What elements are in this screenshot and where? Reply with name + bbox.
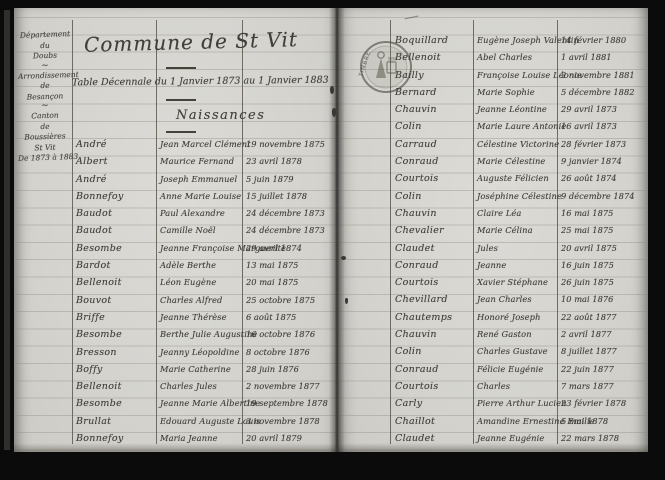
cell-surname: Chauvin <box>395 104 437 115</box>
cell-birth-date: 3 novembre 1878 <box>246 416 320 426</box>
cell-surname: Courtois <box>395 277 439 288</box>
cell-given-names: Marie Célina <box>477 225 533 235</box>
cell-surname: Chautemps <box>395 312 452 323</box>
table-row: André Jean Marcel Clément 19 novembre 18… <box>14 137 337 154</box>
cell-given-names: Léon Eugène <box>160 277 216 287</box>
cell-given-names: Jeanne Thérèse <box>160 312 227 322</box>
table-row: Bonnefoy Maria Jeanne 20 avril 1879 <box>14 431 337 448</box>
divider-dash <box>166 67 196 69</box>
cell-birth-date: 5 mai 1878 <box>561 416 608 426</box>
table-row: André Joseph Emmanuel 5 juin 1879 <box>14 172 337 189</box>
cell-birth-date: 20 avril 1879 <box>246 433 302 443</box>
cell-birth-date: 16 mai 1875 <box>561 208 613 218</box>
table-row: Colin Marie Laure Antonie 16 avril 1873 <box>337 119 648 136</box>
cell-surname: Albert <box>76 156 108 167</box>
cell-given-names: René Gaston <box>477 329 532 339</box>
table-row: Chevillard Jean Charles 10 mai 1876 <box>337 292 648 309</box>
table-row: Courtois Auguste Félicien 26 août 1874 <box>337 171 648 188</box>
table-row: Chautemps Honoré Joseph 22 août 1877 <box>337 310 648 327</box>
table-row: Bardot Adèle Berthe 13 mai 1875 <box>14 258 337 275</box>
cell-birth-date: 5 décembre 1882 <box>561 87 635 97</box>
table-row: Bailly Françoise Louise Léonie 2 novembr… <box>337 68 648 85</box>
ledger-page-right: TIMBRE Boquillard Eugène Joseph Valentin… <box>337 8 648 452</box>
cell-surname: Boffy <box>76 364 103 375</box>
cell-surname: Chauvin <box>395 208 437 219</box>
cell-birth-date: 24 décembre 1873 <box>246 208 325 218</box>
cell-given-names: Paul Alexandre <box>160 208 225 218</box>
section-title: Naissances <box>176 108 265 123</box>
cell-surname: Baudot <box>76 208 112 219</box>
cell-surname: Claudet <box>395 433 435 444</box>
table-row: Boquillard Eugène Joseph Valentin 14 fév… <box>337 33 648 50</box>
table-row: Claudet Jules 20 avril 1875 <box>337 241 648 258</box>
table-row: Conraud Marie Célestine 9 janvier 1874 <box>337 154 648 171</box>
cell-surname: Colin <box>395 191 422 202</box>
table-row: Bernard Marie Sophie 5 décembre 1882 <box>337 85 648 102</box>
cell-surname: Courtois <box>395 173 439 184</box>
cell-given-names: Marie Célestine <box>477 156 545 166</box>
table-row: Claudet Jeanne Eugénie 22 mars 1878 <box>337 431 648 448</box>
cell-birth-date: 22 juin 1877 <box>561 364 614 374</box>
cell-birth-date: 1 avril 1881 <box>561 52 612 62</box>
cell-birth-date: 24 décembre 1873 <box>246 225 325 235</box>
ink-speck <box>341 256 346 260</box>
cell-birth-date: 28 juin 1876 <box>246 364 299 374</box>
cell-given-names: Jeanne Léontine <box>477 104 547 114</box>
cell-given-names: Joséphine Célestine <box>477 191 562 201</box>
cell-birth-date: 9 janvier 1874 <box>561 156 622 166</box>
cell-birth-date: 26 août 1874 <box>561 173 617 183</box>
cell-birth-date: 22 août 1877 <box>561 312 617 322</box>
cell-surname: Chauvin <box>395 329 437 340</box>
cell-given-names: Jean Charles <box>477 294 532 304</box>
cell-given-names: Xavier Stéphane <box>477 277 548 287</box>
cell-surname: Carly <box>395 398 422 409</box>
registry-scan: DépartementduDoubs~ArrondissementdeBesan… <box>0 0 665 480</box>
ink-speck <box>332 108 336 117</box>
table-row: Chauvin Jeanne Léontine 29 avril 1873 <box>337 102 648 119</box>
cell-birth-date: 16 juin 1875 <box>561 260 614 270</box>
cell-surname: Bresson <box>76 347 117 358</box>
table-row: Albert Maurice Fernand 23 avril 1878 <box>14 154 337 171</box>
cell-surname: Claudet <box>395 243 435 254</box>
cell-birth-date: 14 février 1880 <box>561 35 626 45</box>
cell-birth-date: 19 novembre 1875 <box>246 139 325 149</box>
cell-birth-date: 2 novembre 1881 <box>561 70 635 80</box>
cell-surname: Bonnefoy <box>76 191 124 202</box>
cell-birth-date: 20 avril 1875 <box>561 243 617 253</box>
table-row: Courtois Xavier Stéphane 26 juin 1875 <box>337 275 648 292</box>
cell-given-names: Auguste Félicien <box>477 173 549 183</box>
cell-surname: Conraud <box>395 364 439 375</box>
cell-given-names: Jeanne Eugénie <box>477 433 544 443</box>
cell-surname: Briffe <box>76 312 105 323</box>
table-row: Besombe Berthe Julie Augustine 16 octobr… <box>14 327 337 344</box>
cell-birth-date: 13 mai 1875 <box>246 260 298 270</box>
cell-surname: Bailly <box>395 70 424 81</box>
cell-given-names: Célestine Victorine <box>477 139 559 149</box>
cell-given-names: Anne Marie Louise <box>160 191 241 201</box>
cell-given-names: Honoré Joseph <box>477 312 541 322</box>
cell-given-names: Jeanny Léopoldine <box>160 347 240 357</box>
cell-surname: Bouvot <box>76 295 112 306</box>
cell-surname: Boquillard <box>395 35 448 46</box>
cell-surname: Conraud <box>395 260 439 271</box>
cell-birth-date: 29 avril 1873 <box>561 104 617 114</box>
cell-surname: Bellenoit <box>395 52 441 63</box>
table-row: Brullat Edouard Auguste Louis 3 novembre… <box>14 414 337 431</box>
cell-surname: Colin <box>395 121 422 132</box>
cell-given-names: Charles Alfred <box>160 295 222 305</box>
table-row: Boffy Marie Catherine 28 juin 1876 <box>14 362 337 379</box>
cell-birth-date: 8 octobre 1876 <box>246 347 310 357</box>
table-row: Briffe Jeanne Thérèse 6 août 1875 <box>14 310 337 327</box>
cell-birth-date: 23 avril 1878 <box>246 156 302 166</box>
table-row: Bellenoit Charles Jules 2 novembre 1877 <box>14 379 337 396</box>
cell-birth-date: 2 novembre 1877 <box>246 381 320 391</box>
cell-given-names: Berthe Julie Augustine <box>160 329 257 339</box>
table-row: Conraud Félicie Eugénie 22 juin 1877 <box>337 362 648 379</box>
ink-speck <box>345 298 348 304</box>
cell-birth-date: 19 septembre 1878 <box>246 398 328 408</box>
cell-surname: Chaillot <box>395 416 435 427</box>
cell-birth-date: 9 décembre 1874 <box>561 191 635 201</box>
cell-given-names: Marie Sophie <box>477 87 535 97</box>
cell-birth-date: 25 octobre 1875 <box>246 295 315 305</box>
cell-given-names: Félicie Eugénie <box>477 364 543 374</box>
cell-surname: Bardot <box>76 260 111 271</box>
cell-surname: Besombe <box>76 243 122 254</box>
cell-birth-date: 10 mai 1876 <box>561 294 613 304</box>
table-row: Chauvin René Gaston 2 avril 1877 <box>337 327 648 344</box>
cell-given-names: Charles <box>477 381 510 391</box>
cell-birth-date: 5 juin 1879 <box>246 174 294 184</box>
table-row: Chevalier Marie Célina 25 mai 1875 <box>337 223 648 240</box>
cell-given-names: Marie Catherine <box>160 364 231 374</box>
cell-surname: Besombe <box>76 398 122 409</box>
table-row: Colin Joséphine Célestine 9 décembre 187… <box>337 189 648 206</box>
table-row: Conraud Jeanne 16 juin 1875 <box>337 258 648 275</box>
entries-right: Boquillard Eugène Joseph Valentin 14 fév… <box>337 33 648 448</box>
cell-given-names: Charles Jules <box>160 381 217 391</box>
cell-surname: Bellenoit <box>76 381 122 392</box>
cell-birth-date: 15 juillet 1878 <box>246 191 307 201</box>
cell-given-names: Charles Gustave <box>477 346 548 356</box>
cell-birth-date: 8 juillet 1877 <box>561 346 617 356</box>
table-row: Baudot Paul Alexandre 24 décembre 1873 <box>14 206 337 223</box>
binding-edge <box>4 10 10 450</box>
cell-surname: André <box>76 174 107 185</box>
cell-given-names: Maurice Fernand <box>160 156 234 166</box>
table-row: Besombe Jeanne Françoise Marguerite 29 a… <box>14 241 337 258</box>
cell-birth-date: 20 mai 1875 <box>246 277 298 287</box>
table-row: Chaillot Amandine Ernestine Emilie 5 mai… <box>337 414 648 431</box>
table-row: Carly Pierre Arthur Lucien 23 février 18… <box>337 396 648 413</box>
table-row: Carraud Célestine Victorine 28 février 1… <box>337 137 648 154</box>
cell-birth-date: 29 avril 1874 <box>246 243 302 253</box>
cell-given-names: Marie Laure Antonie <box>477 121 566 131</box>
cell-given-names: Claire Léa <box>477 208 521 218</box>
page-gutter <box>329 8 345 452</box>
cell-surname: Baudot <box>76 225 112 236</box>
cell-given-names: Camille Noël <box>160 225 216 235</box>
cell-birth-date: 16 octobre 1876 <box>246 329 315 339</box>
divider-dash <box>166 99 196 101</box>
cell-surname: Besombe <box>76 329 122 340</box>
cell-birth-date: 26 juin 1875 <box>561 277 614 287</box>
cell-given-names: Jeanne <box>477 260 506 270</box>
cell-given-names: Jean Marcel Clément <box>160 139 251 149</box>
cell-birth-date: 7 mars 1877 <box>561 381 614 391</box>
cell-surname: André <box>76 139 107 150</box>
cell-birth-date: 16 avril 1873 <box>561 121 617 131</box>
cell-birth-date: 22 mars 1878 <box>561 433 619 443</box>
cell-given-names: Pierre Arthur Lucien <box>477 398 567 408</box>
cell-given-names: Abel Charles <box>477 52 532 62</box>
table-row: Baudot Camille Noël 24 décembre 1873 <box>14 223 337 240</box>
cell-surname: Chevalier <box>395 225 444 236</box>
cell-given-names: Adèle Berthe <box>160 260 216 270</box>
cell-surname: Colin <box>395 346 422 357</box>
table-row: Besombe Jeanne Marie Albertine 19 septem… <box>14 396 337 413</box>
cell-given-names: Jules <box>477 243 498 253</box>
cell-birth-date: 2 avril 1877 <box>561 329 612 339</box>
cell-surname: Courtois <box>395 381 439 392</box>
table-row: Bellenoit Léon Eugène 20 mai 1875 <box>14 275 337 292</box>
table-row: Courtois Charles 7 mars 1877 <box>337 379 648 396</box>
table-row: Chauvin Claire Léa 16 mai 1875 <box>337 206 648 223</box>
cell-surname: Chevillard <box>395 294 448 305</box>
entries-left: André Jean Marcel Clément 19 novembre 18… <box>14 137 337 448</box>
cell-surname: Bernard <box>395 87 437 98</box>
ledger-page-left: DépartementduDoubs~ArrondissementdeBesan… <box>14 8 337 452</box>
cell-surname: Conraud <box>395 156 439 167</box>
table-row: Bellenoit Abel Charles 1 avril 1881 <box>337 50 648 67</box>
divider-dash <box>166 131 196 133</box>
cell-birth-date: 28 février 1873 <box>561 139 626 149</box>
cell-birth-date: 23 février 1878 <box>561 398 626 408</box>
table-row: Colin Charles Gustave 8 juillet 1877 <box>337 344 648 361</box>
cell-birth-date: 25 mai 1875 <box>561 225 613 235</box>
ink-speck <box>330 86 334 94</box>
cell-surname: Bonnefoy <box>76 433 124 444</box>
cell-given-names: Maria Jeanne <box>160 433 218 443</box>
table-row: Bresson Jeanny Léopoldine 8 octobre 1876 <box>14 345 337 362</box>
table-row: Bonnefoy Anne Marie Louise 15 juillet 18… <box>14 189 337 206</box>
cell-surname: Carraud <box>395 139 437 150</box>
cell-surname: Brullat <box>76 416 111 427</box>
cell-surname: Bellenoit <box>76 277 122 288</box>
table-row: Bouvot Charles Alfred 25 octobre 1875 <box>14 293 337 310</box>
cell-given-names: Joseph Emmanuel <box>160 174 237 184</box>
cell-birth-date: 6 août 1875 <box>246 312 296 322</box>
